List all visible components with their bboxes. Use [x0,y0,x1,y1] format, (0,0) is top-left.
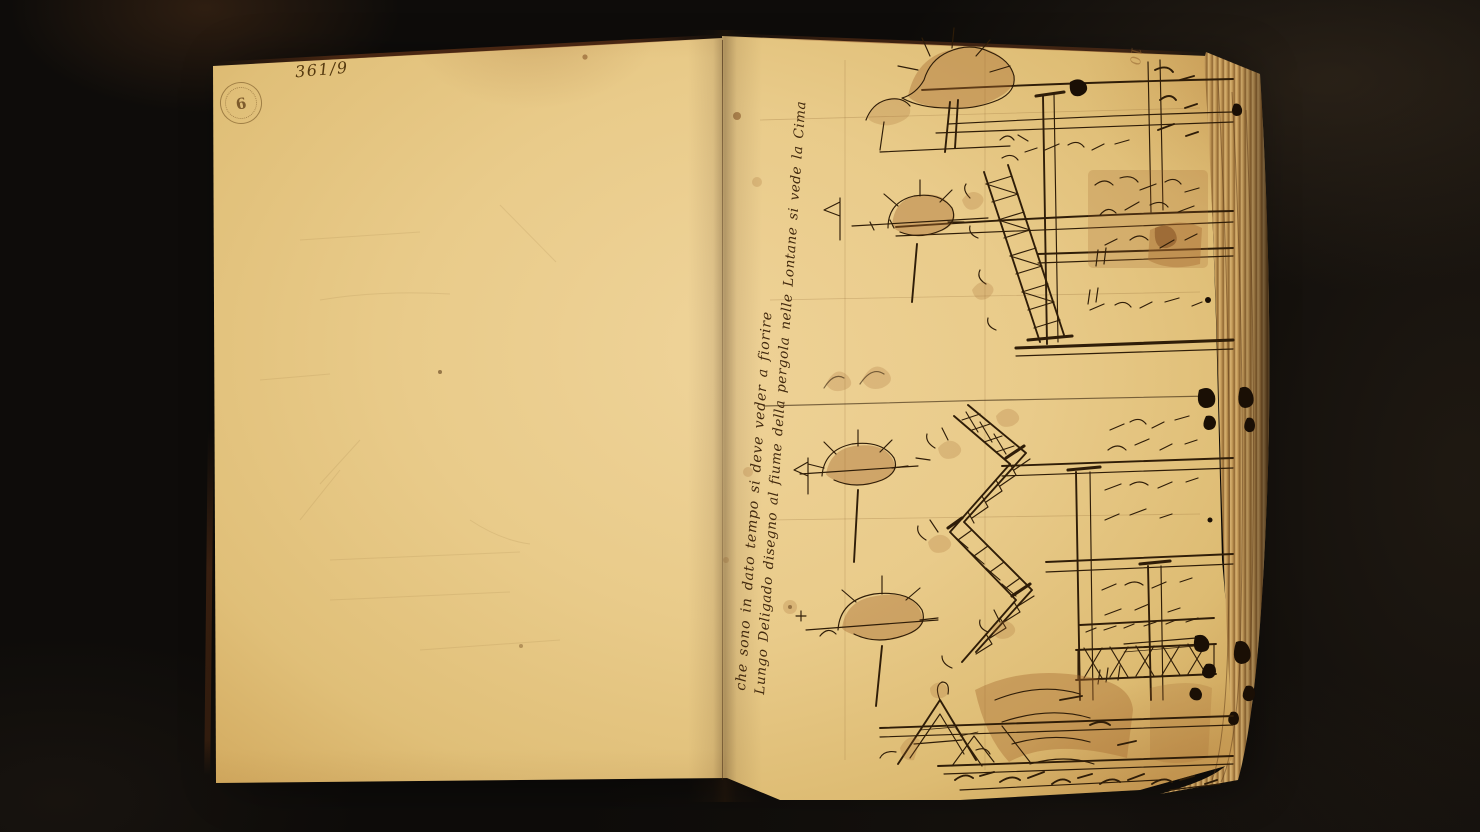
stamp-digit: 9 [218,80,264,126]
corner-page-number: 10 [1126,46,1144,65]
gutter-shadow [688,30,762,802]
gutter-crease-line [722,40,723,780]
cover-edge-sliver [204,430,214,775]
photograph-of-open-sketchbook: 361/9 9 10 Lungo Deligado disegno al fiu… [0,0,1480,832]
